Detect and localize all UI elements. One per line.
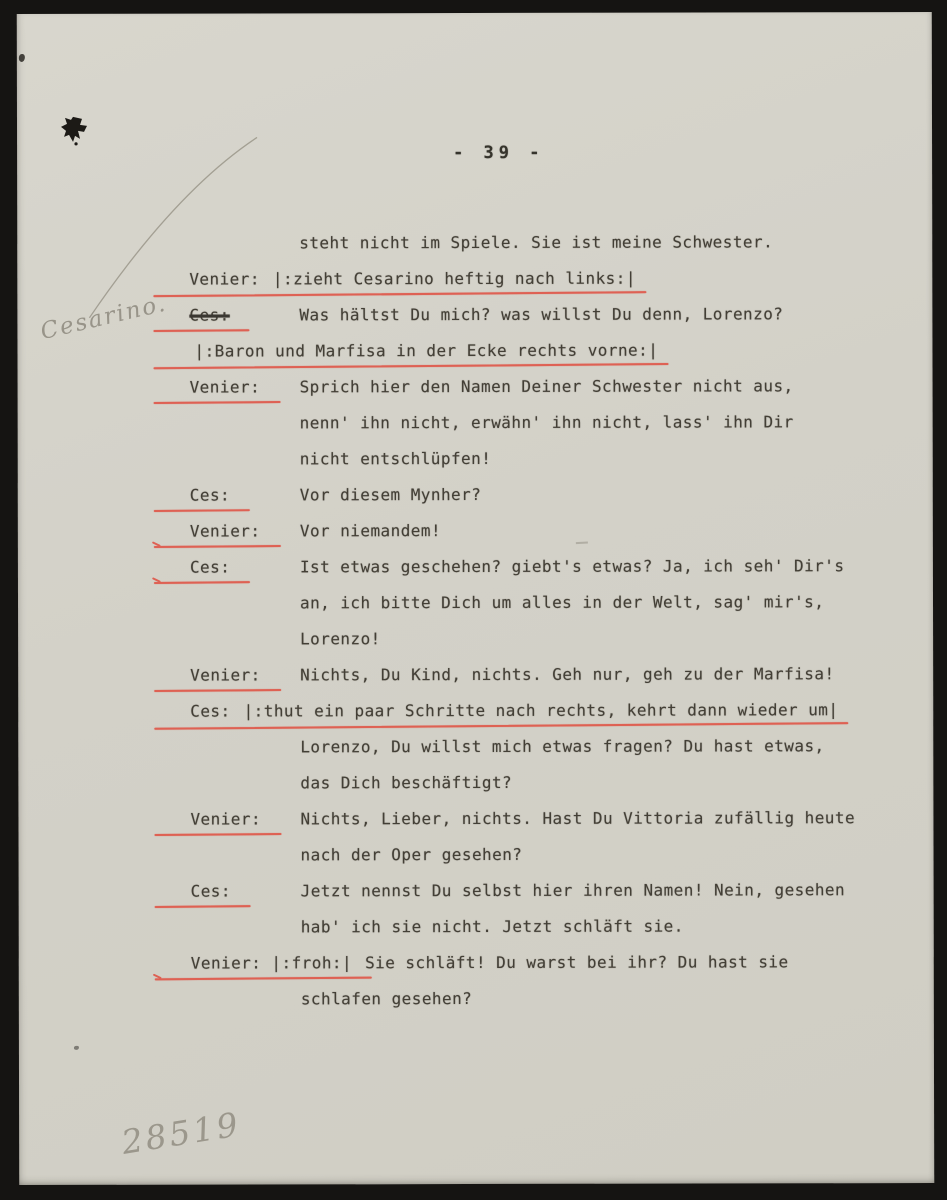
dialogue-text: das Dich beschäftigt? [300,765,512,801]
script-line: an, ich bitte Dich um alles in der Welt,… [190,584,932,622]
script-lines: steht nicht im Spiele. Sie ist meine Sch… [189,224,933,1018]
script-line: schlafen gesehen? [191,980,933,1018]
dialogue-text: Nichts, Du Kind, nichts. Geh nur, geh zu… [300,656,834,693]
dialogue-text: nicht entschlüpfen! [300,441,492,477]
speaker-label: Venier: [189,269,260,288]
script-line: das Dich beschäftigt? [190,764,932,802]
script-line: Lorenzo! [190,620,932,658]
script-line: Ces:Jetzt nennst Du selbst hier ihren Na… [191,872,933,910]
script-line: Ces:Was hältst Du mich? was willst Du de… [189,296,931,334]
dialogue-text: schlafen gesehen? [301,981,472,1017]
dialogue-text: nenn' ihn nicht, erwähn' ihn nicht, lass… [300,404,794,441]
dialogue-text: steht nicht im Spiele. Sie ist meine Sch… [299,224,773,261]
dialogue-text: Ist etwas geschehen? giebt's etwas? Ja, … [300,548,845,585]
dialogue-text: Was hältst Du mich? was willst Du denn, … [299,296,783,333]
script-line: nenn' ihn nicht, erwähn' ihn nicht, lass… [190,404,932,442]
red-underline-hook [152,541,161,547]
red-underline [155,976,372,980]
script-line: Venier:Vor niemandem! [190,512,932,550]
script-line: nach der Oper gesehen? [191,836,933,874]
paper-speck [74,1046,79,1050]
speaker-label: Ces: [191,874,231,910]
script-line: Ces:Ist etwas geschehen? giebt's etwas? … [190,548,932,586]
red-underline-hook [152,577,161,583]
dialogue-text: Jetzt nennst Du selbst hier ihren Namen!… [301,872,846,909]
script-line: Venier:Nichts, Lieber, nichts. Hast Du V… [190,800,932,838]
speaker-label: Venier: |:froh:| [191,953,352,972]
dialogue-text: Sprich hier den Namen Deiner Schwester n… [300,368,794,405]
speaker-label: Venier: [190,369,261,405]
script-line: nicht entschlüpfen! [190,440,932,478]
ink-blot-drip [74,142,77,145]
dialogue-text: Vor diesem Mynher? [300,477,482,513]
dialogue-text: Vor niemandem! [300,513,441,549]
page-number: - 39 - [453,143,544,163]
script-line: hab' ich sie nicht. Jetzt schläft sie. [191,908,933,946]
red-underline-hook [153,973,162,979]
stage-direction-text: |:zieht Cesarino heftig nach links:| [273,269,636,289]
stage-direction-text: |:thut ein paar Schritte nach rechts, ke… [244,700,839,720]
document-page: - 39 - Cesarino. steht nicht im Spiele. … [17,12,934,1185]
red-underline [153,329,249,332]
red-underline [154,509,250,512]
script-line: Venier:Nichts, Du Kind, nichts. Geh nur,… [190,656,932,694]
dialogue-text: an, ich bitte Dich um alles in der Welt,… [300,584,824,621]
speaker-label: Ces: [189,298,229,334]
scan-background: { "document": { "page_number": "- 39 -",… [0,0,947,1200]
speaker-label: Ces: [190,550,230,586]
script-line: Venier:|:zieht Cesarino heftig nach link… [189,260,931,298]
red-underline [155,905,251,908]
dialogue-text: hab' ich sie nicht. Jetzt schläft sie. [301,909,684,946]
script-line: Venier: |:froh:|Sie schläft! Du warst be… [191,944,933,982]
archive-number-pencil: 28519 [119,1104,244,1162]
dialogue-text: Lorenzo! [300,621,381,657]
script-line: Venier:Sprich hier den Namen Deiner Schw… [190,368,932,406]
dialogue-text: nach der Oper gesehen? [300,837,522,873]
speaker-label: Venier: [190,657,261,693]
script-line: Ces:|:thut ein paar Schritte nach rechts… [190,692,932,730]
speaker-label: Venier: [190,513,261,549]
dialogue-text: Sie schläft! Du warst bei ihr? Du hast s… [365,952,789,972]
speaker-label: Ces: [190,478,230,514]
script-line: steht nicht im Spiele. Sie ist meine Sch… [189,224,931,262]
speaker-label: Ces: [190,702,230,721]
margin-annotation-pencil: Cesarino. [38,291,169,346]
paper-speck [19,54,25,62]
script-line: Ces:Vor diesem Mynher? [190,476,932,514]
speaker-label: Venier: [190,801,261,837]
dialogue-text: Nichts, Lieber, nichts. Hast Du Vittoria… [300,800,855,837]
script-line: |:Baron und Marfisa in der Ecke rechts v… [189,332,931,370]
dialogue-text: Lorenzo, Du willst mich etwas fragen? Du… [300,728,824,765]
red-underline [154,581,250,584]
script-line: Lorenzo, Du willst mich etwas fragen? Du… [190,728,932,766]
ink-blot [61,117,87,142]
